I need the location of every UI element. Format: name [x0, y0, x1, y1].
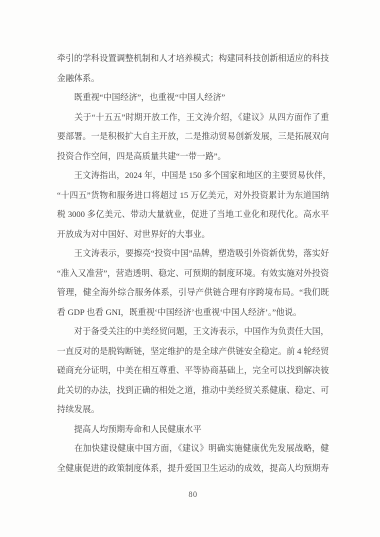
text-line: “准入又准营”，营造透明、稳定、可预期的制度环境。有效实施对外投资 — [57, 264, 329, 284]
text-line: 全健康促进的政策制度体系，提升爱国卫生运动的成效，提高人均预期寿 — [57, 459, 329, 479]
section-heading: 既重视“中国经济”，也重视“中国人经济” — [57, 88, 329, 108]
text-line: 王文涛指出，2024 年，中国是 150 多个国家和地区的主要贸易伙伴， — [57, 166, 329, 186]
section-heading: 提高人均预期寿命和人民健康水平 — [57, 420, 329, 440]
text-line: 王文涛表示，要擦亮“投资中国”品牌，塑造吸引外资新优势，落实好 — [57, 244, 329, 264]
text-line: 关于“十五五”时期开放工作，王文涛介绍，《建议》从四方面作了重 — [57, 108, 329, 128]
text-line: 对于备受关注的中美经贸问题，王文涛表示，中国作为负责任大国， — [57, 322, 329, 342]
document-page: 牵引的学科设置调整机制和人才培养模式；构建同科技创新相适应的科技 金融体系。 既… — [0, 0, 380, 537]
text-line: 牵引的学科设置调整机制和人才培养模式；构建同科技创新相适应的科技 — [57, 49, 329, 69]
text-line: 税 3000 多亿美元、带动大量就业，促进了当地工业化和现代化。高水平 — [57, 205, 329, 225]
text-line: 管理，健全海外综合服务体系，引导产供链合理有序跨境布局。“我们既 — [57, 283, 329, 303]
text-line: 一直反对的是脱钩断链，坚定维护的是全球产供链安全稳定。前 4 轮经贸 — [57, 342, 329, 362]
text-line: 要部署。一是积极扩大自主开放，二是推动贸易创新发展，三是拓展双向 — [57, 127, 329, 147]
text-line: 磋商充分证明，中美在相互尊重、平等协商基础上，完全可以找到解决彼 — [57, 361, 329, 381]
text-line: “十四五”货物和服务进口将超过 15 万亿美元，对外投资累计为东道国纳 — [57, 186, 329, 206]
text-line: 金融体系。 — [57, 69, 329, 89]
text-line: 持续发展。 — [57, 400, 329, 420]
text-line: 在加快建设健康中国方面，《建议》明确实施健康优先发展战略，健 — [57, 439, 329, 459]
text-line: 投资合作空间，四是高质量共建“一带一路”。 — [57, 147, 329, 167]
text-line: 开放成为对中国好、对世界好的大事业。 — [57, 225, 329, 245]
text-block: 牵引的学科设置调整机制和人才培养模式；构建同科技创新相适应的科技 金融体系。 既… — [57, 49, 329, 478]
text-line: 此关切的办法，找到正确的相处之道，推动中美经贸关系健康、稳定、可 — [57, 381, 329, 401]
page-number: 80 — [57, 490, 329, 499]
text-line: 看 GDP 也看 GNI，既重视‘中国经济’也重视‘中国人经济’。”他说。 — [57, 303, 329, 323]
